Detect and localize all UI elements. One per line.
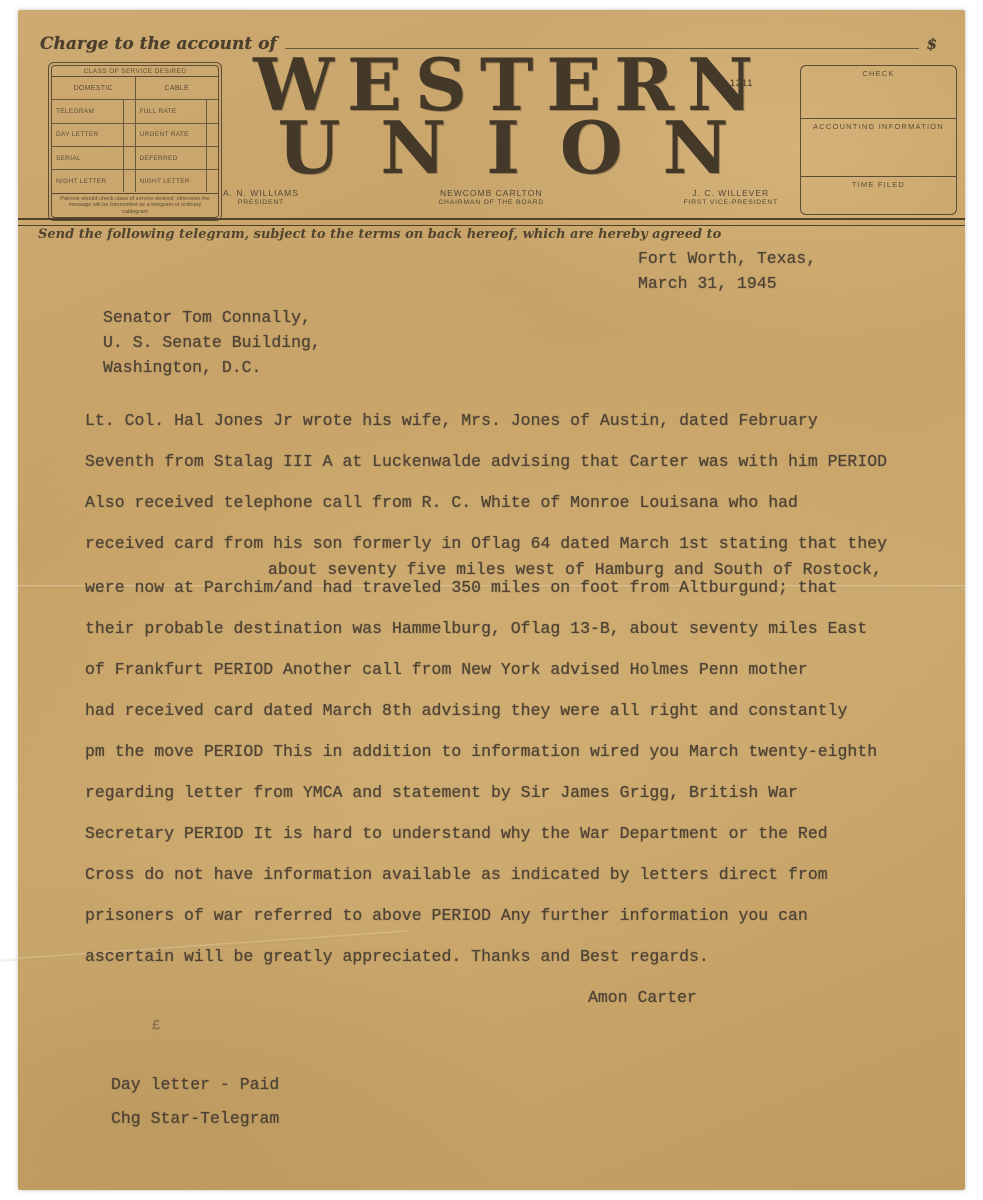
check-column	[123, 124, 135, 146]
body-line: Cross do not have information available …	[85, 866, 965, 884]
officers-row: A. N. WILLIAMS PRESIDENT NEWCOMB CARLTON…	[223, 188, 778, 206]
class-box-row: SERIAL DEFERRED	[52, 147, 218, 170]
check-column	[206, 124, 218, 146]
body-line: received card from his son formerly in O…	[85, 535, 965, 553]
check-column	[206, 147, 218, 169]
inserted-correction-line: about seventy five miles west of Hamburg…	[268, 561, 965, 579]
dateline: Fort Worth, Texas, March 31, 1945	[638, 246, 816, 296]
form-number: 1211	[730, 78, 753, 88]
check-column	[206, 170, 218, 192]
body-line: prisoners of war referred to above PERIO…	[85, 907, 965, 925]
dateline-city: Fort Worth, Texas,	[638, 246, 816, 271]
recipient-building: U. S. Senate Building,	[103, 330, 321, 355]
cell-label: TELEGRAM	[56, 108, 94, 115]
check-column	[123, 100, 135, 122]
officer-name: A. N. WILLIAMS	[223, 188, 299, 198]
service-notes: Day letter - Paid Chg Star-Telegram	[111, 1076, 279, 1144]
check-section: CHECK	[801, 66, 956, 119]
body-line: Seventh from Stalag III A at Luckenwalde…	[85, 453, 965, 471]
class-box-row: DAY LETTER URGENT RATE	[52, 124, 218, 147]
telegram-paper: Charge to the account of $ CLASS OF SERV…	[18, 10, 965, 1190]
cell-label: DAY LETTER	[56, 131, 99, 138]
send-telegram-terms-line: Send the following telegram, subject to …	[38, 227, 721, 242]
cell-serial: SERIAL	[52, 147, 136, 169]
class-of-service-box: CLASS OF SERVICE DESIRED DOMESTIC CABLE …	[48, 62, 222, 221]
col-cable: CABLE	[136, 77, 219, 99]
class-box-footnote: Patrons should check class of service de…	[52, 193, 218, 218]
class-box-title: CLASS OF SERVICE DESIRED	[52, 66, 218, 77]
body-line: Also received telephone call from R. C. …	[85, 494, 965, 512]
recipient-name: Senator Tom Connally,	[103, 305, 321, 330]
cell-day-letter: DAY LETTER	[52, 124, 136, 146]
class-box-header-row: DOMESTIC CABLE	[52, 77, 218, 100]
class-box-grid: DOMESTIC CABLE TELEGRAM FULL RATE DAY LE…	[52, 77, 218, 193]
western-union-logo: WESTERN UNION	[253, 54, 753, 180]
signature: Amon Carter	[588, 988, 697, 1007]
stray-mark: £	[152, 1018, 160, 1034]
cell-label: NIGHT LETTER	[140, 178, 190, 185]
recipient-address: Senator Tom Connally, U. S. Senate Build…	[103, 305, 321, 380]
charge-account-label: Charge to the account of	[40, 34, 277, 54]
cell-label: FULL RATE	[140, 108, 177, 115]
telegram-scan: Charge to the account of $ CLASS OF SERV…	[0, 0, 983, 1200]
officer-name: NEWCOMB CARLTON	[438, 188, 544, 198]
cell-night-letter: NIGHT LETTER	[52, 170, 136, 192]
accounting-information-section: ACCOUNTING INFORMATION	[801, 119, 956, 177]
check-box-panel: CHECK ACCOUNTING INFORMATION TIME FILED	[800, 65, 957, 215]
officer-name: J. C. WILLEVER	[684, 188, 778, 198]
cell-label: DEFERRED	[140, 155, 178, 162]
class-of-service-inner: CLASS OF SERVICE DESIRED DOMESTIC CABLE …	[51, 65, 219, 218]
class-box-row: NIGHT LETTER NIGHT LETTER	[52, 170, 218, 192]
telegram-body: Lt. Col. Hal Jones Jr wrote his wife, Mr…	[85, 412, 965, 989]
time-filed-section: TIME FILED	[801, 177, 956, 214]
body-line: were now at Parchim/and had traveled 350…	[85, 579, 965, 597]
service-note-class: Day letter - Paid	[111, 1076, 279, 1094]
body-line: had received card dated March 8th advisi…	[85, 702, 965, 720]
body-line: regarding letter from YMCA and statement…	[85, 784, 965, 802]
cell-night-letter-cable: NIGHT LETTER	[136, 170, 219, 192]
body-line: their probable destination was Hammelbur…	[85, 620, 965, 638]
officer-title: FIRST VICE-PRESIDENT	[684, 199, 778, 206]
logo-union: UNION	[278, 116, 769, 180]
class-box-row: TELEGRAM FULL RATE	[52, 100, 218, 123]
officer-title: PRESIDENT	[223, 199, 299, 206]
cell-label: URGENT RATE	[140, 131, 189, 138]
cell-full-rate: FULL RATE	[136, 100, 219, 122]
header-divider-rule	[18, 218, 965, 226]
officer-chairman: NEWCOMB CARLTON CHAIRMAN OF THE BOARD	[438, 188, 544, 206]
cell-label: NIGHT LETTER	[56, 178, 106, 185]
body-line: pm the move PERIOD This in addition to i…	[85, 743, 965, 761]
dollar-sign: $	[927, 35, 937, 53]
officer-vice-president: J. C. WILLEVER FIRST VICE-PRESIDENT	[684, 188, 778, 206]
dateline-date: March 31, 1945	[638, 271, 816, 296]
officer-president: A. N. WILLIAMS PRESIDENT	[223, 188, 299, 206]
check-column	[206, 100, 218, 122]
cell-label: SERIAL	[56, 155, 81, 162]
check-column	[123, 147, 135, 169]
col-domestic: DOMESTIC	[52, 77, 136, 99]
cell-deferred: DEFERRED	[136, 147, 219, 169]
body-line: Secretary PERIOD It is hard to understan…	[85, 825, 965, 843]
officer-title: CHAIRMAN OF THE BOARD	[438, 199, 544, 206]
cell-telegram: TELEGRAM	[52, 100, 136, 122]
recipient-city: Washington, D.C.	[103, 355, 321, 380]
body-line: of Frankfurt PERIOD Another call from Ne…	[85, 661, 965, 679]
body-line: ascertain will be greatly appreciated. T…	[85, 948, 965, 966]
check-column	[123, 170, 135, 192]
body-line: Lt. Col. Hal Jones Jr wrote his wife, Mr…	[85, 412, 965, 430]
cell-urgent-rate: URGENT RATE	[136, 124, 219, 146]
service-note-billing: Chg Star-Telegram	[111, 1110, 279, 1128]
